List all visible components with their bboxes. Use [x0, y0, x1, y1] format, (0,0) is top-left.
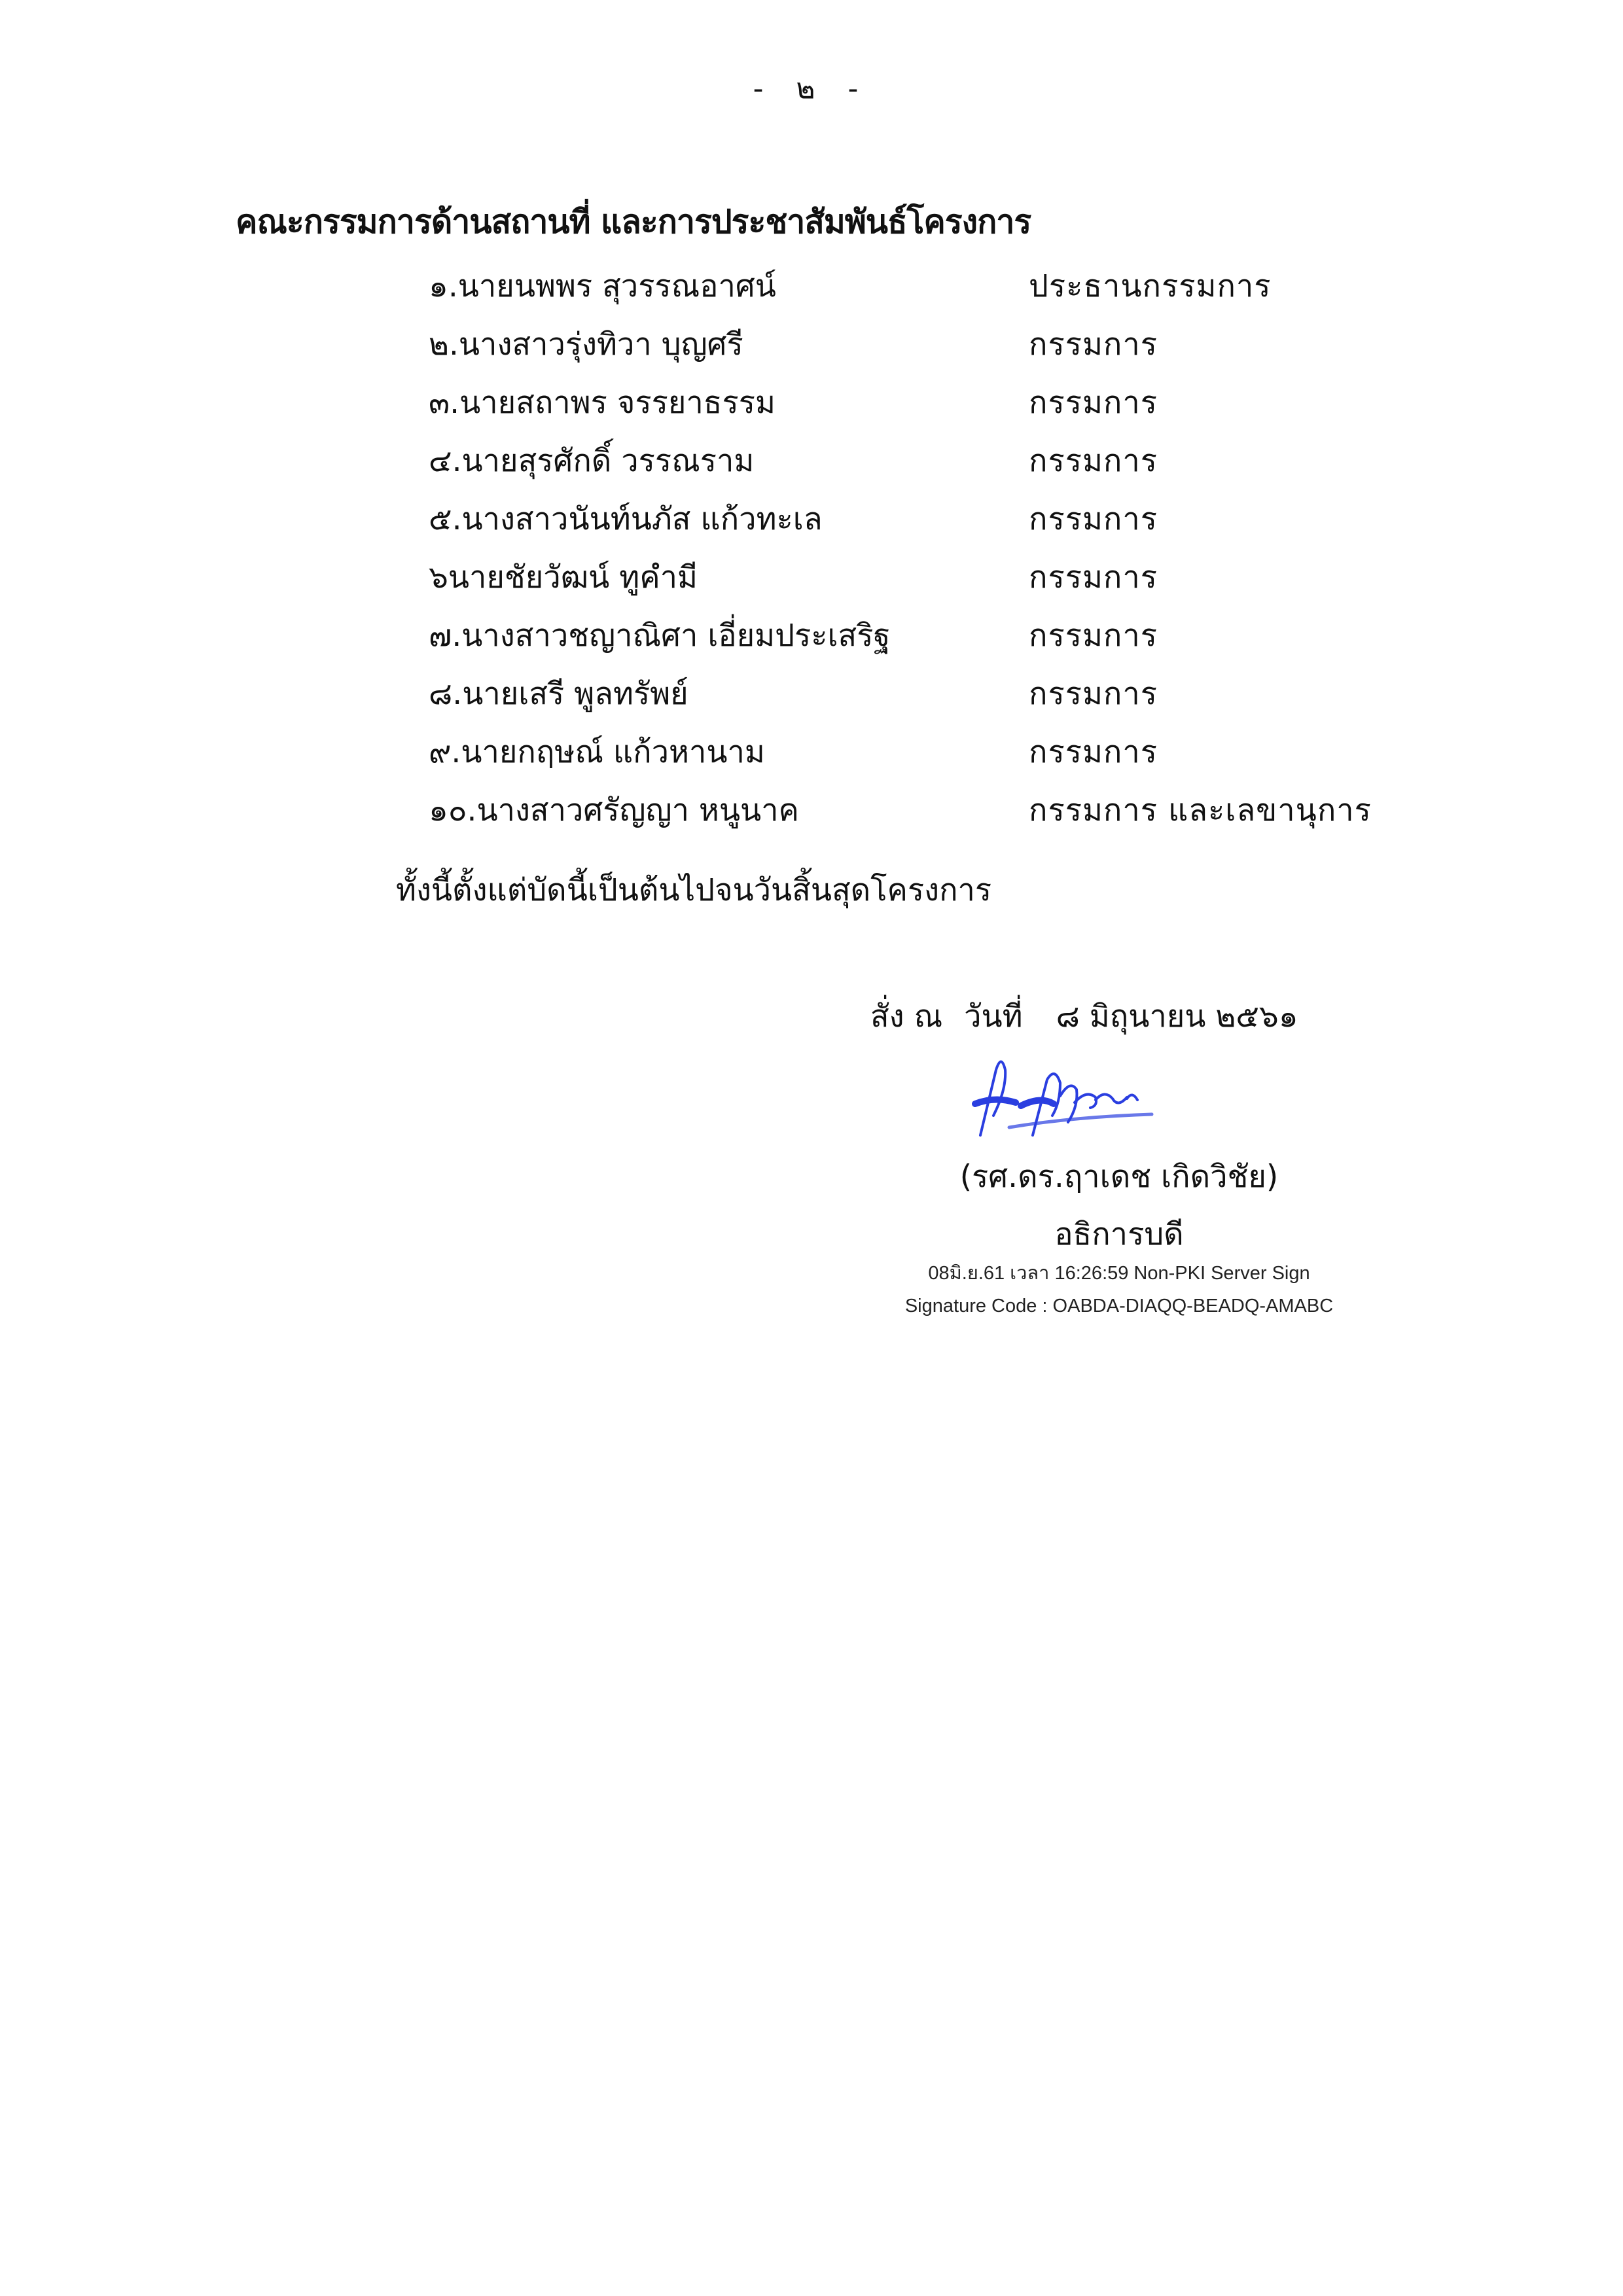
order-day-label: วันที่: [964, 998, 1023, 1034]
member-name: ๕.นางสาวนันท์นภัส แก้วทะเล: [429, 494, 1029, 543]
effective-period-note: ทั้งนี้ตั้งแต่บัดนี้เป็นต้นไปจนวันสิ้นสุ…: [396, 865, 991, 914]
member-role: กรรมการ: [1029, 727, 1158, 776]
member-role: กรรมการ: [1029, 552, 1158, 601]
member-name: ๙.นายกฤษณ์ แก้วหานาม: [429, 727, 1029, 776]
member-name: ๖นายชัยวัฒน์ ทูคำมี: [429, 552, 1029, 601]
member-role: ประธานกรรมการ: [1029, 261, 1272, 310]
member-row: ๑๐.นางสาวศรัญญา หนูนาค กรรมการ และเลขานุ…: [429, 781, 1410, 839]
member-row: ๘.นายเสรี พูลทรัพย์ กรรมการ: [429, 664, 1410, 722]
member-role: กรรมการ: [1029, 319, 1158, 368]
committee-member-list: ๑.นายนพพร สุวรรณอาศน์ ประธานกรรมการ ๒.นา…: [429, 256, 1410, 839]
member-name: ๔.นายสุรศักดิ์ วรรณราม: [429, 436, 1029, 485]
page-number: - ๒ -: [0, 65, 1623, 111]
committee-heading: คณะกรรมการด้านสถานที่ และการประชาสัมพันธ…: [236, 196, 1031, 248]
member-row: ๔.นายสุรศักดิ์ วรรณราม กรรมการ: [429, 431, 1410, 489]
handwritten-signature-icon: [955, 1044, 1165, 1142]
member-role: กรรมการ: [1029, 436, 1158, 485]
member-row: ๒.นางสาวรุ่งทิวา บุญศรี กรรมการ: [429, 315, 1410, 373]
member-row: ๑.นายนพพร สุวรรณอาศน์ ประธานกรรมการ: [429, 256, 1410, 315]
member-role: กรรมการ: [1029, 669, 1158, 718]
member-name: ๒.นางสาวรุ่งทิวา บุญศรี: [429, 319, 1029, 368]
member-row: ๓.นายสถาพร จรรยาธรรม กรรมการ: [429, 373, 1410, 431]
member-name: ๘.นายเสรี พูลทรัพย์: [429, 669, 1029, 718]
member-role: กรรมการ: [1029, 378, 1158, 427]
order-prefix: สั่ง ณ: [870, 998, 942, 1034]
signature-code: Signature Code : OABDA-DIAQQ-BEADQ-AMABC: [838, 1296, 1400, 1317]
e-sign-stamp: 08มิ.ย.61 เวลา 16:26:59 Non-PKI Server S…: [838, 1258, 1400, 1288]
member-name: ๗.นางสาวชญาณิศา เอี่ยมประเสริฐ: [429, 610, 1029, 660]
member-role: กรรมการ: [1029, 494, 1158, 543]
member-row: ๕.นางสาวนันท์นภัส แก้วทะเล กรรมการ: [429, 489, 1410, 548]
member-row: ๙.นายกฤษณ์ แก้วหานาม กรรมการ: [429, 722, 1410, 781]
member-role: กรรมการ และเลขานุการ: [1029, 785, 1372, 834]
order-date-line: สั่ง ณ วันที่ ๘ มิถุนายน ๒๕๖๑: [870, 991, 1298, 1040]
signer-title: อธิการบดี: [838, 1209, 1400, 1258]
order-date: ๘ มิถุนายน ๒๕๖๑: [1056, 998, 1298, 1034]
signer-name: (รศ.ดร.ฤาเดช เกิดวิชัย): [838, 1152, 1400, 1201]
member-name: ๑๐.นางสาวศรัญญา หนูนาค: [429, 785, 1029, 834]
member-name: ๑.นายนพพร สุวรรณอาศน์: [429, 261, 1029, 310]
member-name: ๓.นายสถาพร จรรยาธรรม: [429, 378, 1029, 427]
member-role: กรรมการ: [1029, 610, 1158, 660]
member-row: ๖นายชัยวัฒน์ ทูคำมี กรรมการ: [429, 548, 1410, 606]
member-row: ๗.นางสาวชญาณิศา เอี่ยมประเสริฐ กรรมการ: [429, 606, 1410, 664]
